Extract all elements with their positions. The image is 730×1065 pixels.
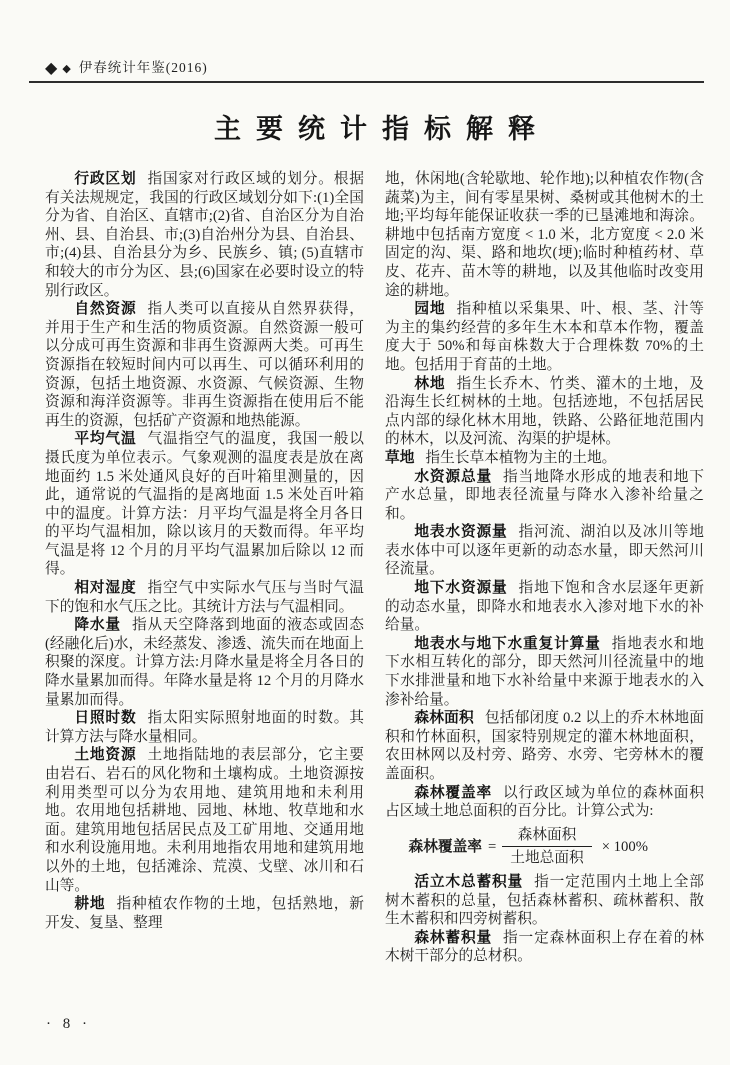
formula-denominator: 土地总面积 bbox=[502, 846, 591, 868]
diamond-icon: ◆ bbox=[62, 62, 70, 76]
entry-definition: 气温指空气的温度，我国一般以摄氏度为单位表示。气象观测的温度表是放在离地面约 1… bbox=[45, 431, 364, 577]
left-column: 行政区划指国家对行政区域的划分。根据有关法规规定，我国的行政区域划分如下:(1)… bbox=[45, 170, 364, 966]
two-column-body: 行政区划指国家对行政区域的划分。根据有关法规规定，我国的行政区域划分如下:(1)… bbox=[45, 170, 704, 966]
formula-multiplier: × 100% bbox=[602, 838, 648, 857]
entry-term: 草地 bbox=[385, 450, 414, 466]
entry-pingjunqiwen: 平均气温气温指空气的温度，我国一般以摄氏度为单位表示。气象观测的温度表是放在离地… bbox=[45, 430, 364, 579]
entry-senlinfugailv: 森林覆盖率以行政区域为单位的森林面积占区域土地总面积的百分比。计算公式为: bbox=[385, 784, 704, 821]
page-header: ◆ ◆ 伊春统计年鉴(2016) bbox=[29, 56, 704, 83]
entry-xingzhengquhua: 行政区划指国家对行政区域的划分。根据有关法规规定，我国的行政区域划分如下:(1)… bbox=[45, 170, 364, 300]
entry-term: 地下水资源量 bbox=[414, 580, 507, 596]
entry-term: 相对湿度 bbox=[74, 580, 136, 596]
entry-dibiaoshuiziyuanliang: 地表水资源量指河流、湖泊以及冰川等地表水体中可以逐年更新的动态水量，即天然河川径… bbox=[385, 523, 704, 579]
entry-chongfujisuanliang: 地表水与地下水重复计算量指地表水和地下水相互转化的部分，即天然河川径流量中的地下… bbox=[385, 635, 704, 709]
entry-term: 森林面积 bbox=[414, 710, 473, 726]
entry-gengdi: 耕地指种植农作物的土地，包括熟地，新开发、复垦、整理 bbox=[45, 895, 364, 932]
entry-definition: 指国家对行政区域的划分。根据有关法规规定，我国的行政区域划分如下:(1)全国分为… bbox=[45, 171, 364, 299]
entry-lindi: 林地指生长乔木、竹类、灌木的土地，及沿海生长红树林的土地。包括迹地，不包括居民点… bbox=[385, 375, 704, 449]
entry-term: 园地 bbox=[414, 301, 445, 317]
entry-caodi: 草地指生长草本植物为主的土地。 bbox=[385, 449, 704, 468]
entry-term: 行政区划 bbox=[74, 171, 136, 187]
page-number: · 8 · bbox=[46, 1016, 91, 1033]
formula-numerator: 森林面积 bbox=[502, 826, 591, 847]
entry-xiangduishidu: 相对湿度指空气中实际水气压与当时气温下的饱和水气压之比。其统计方法与气温相同。 bbox=[45, 579, 364, 616]
entry-dixiashuiziyuanliang: 地下水资源量指地下饱和含水层逐年更新的动态水量，即降水和地表水入渗对地下水的补给… bbox=[385, 579, 704, 635]
entry-definition: 指人类可以直接从自然界获得，并用于生产和生活的物质资源。自然资源一般可以分成可再… bbox=[45, 301, 364, 429]
entry-ziranziyuan: 自然资源指人类可以直接从自然界获得，并用于生产和生活的物质资源。自然资源一般可以… bbox=[45, 300, 364, 430]
formula-equals-sign: = bbox=[488, 838, 496, 857]
entry-yuandi: 园地指种植以采集果、叶、根、茎、汁等为主的集约经营的多年生木本和草本作物，覆盖度… bbox=[385, 300, 704, 374]
formula-fraction: 森林面积 土地总面积 bbox=[502, 826, 591, 868]
entry-huolimuzongxujiliang: 活立木总蓄积量指一定范围内土地上全部树木蓄积的总量，包括森林蓄积、疏林蓄积、散生… bbox=[385, 873, 704, 929]
entry-term: 森林覆盖率 bbox=[414, 785, 492, 801]
scanned-page: ◆ ◆ 伊春统计年鉴(2016) 主要统计指标解释 行政区划指国家对行政区域的划… bbox=[0, 0, 730, 966]
formula-lhs: 森林覆盖率 bbox=[409, 838, 482, 857]
entry-term: 森林蓄积量 bbox=[414, 930, 492, 946]
page-title: 主要统计指标解释 bbox=[45, 107, 704, 146]
entry-term: 土地资源 bbox=[74, 747, 136, 763]
entry-term: 平均气温 bbox=[74, 431, 136, 447]
entry-term: 林地 bbox=[414, 376, 445, 392]
entry-tudiziyuan: 土地资源土地指陆地的表层部分，它主要由岩石、岩石的风化物和土壤构成。土地资源按利… bbox=[45, 746, 364, 895]
entry-term: 降水量 bbox=[74, 617, 121, 633]
entry-term: 日照时数 bbox=[74, 710, 136, 726]
right-column: 地，休闲地(含轮歇地、轮作地);以种植农作物(含蔬菜)为主，间有零星果树、桑树或… bbox=[385, 170, 704, 966]
entry-term: 地表水与地下水重复计算量 bbox=[414, 636, 600, 652]
entry-term: 水资源总量 bbox=[414, 469, 492, 485]
forest-coverage-formula: 森林覆盖率 = 森林面积 土地总面积 × 100% bbox=[409, 826, 704, 868]
entry-rizhaoshishu: 日照时数指太阳实际照射地面的时数。其计算方法与降水量相同。 bbox=[45, 709, 364, 746]
entry-term: 地表水资源量 bbox=[414, 524, 507, 540]
entry-term: 自然资源 bbox=[74, 301, 136, 317]
entry-definition: 指生长草本植物为主的土地。 bbox=[425, 450, 616, 466]
diamond-icon: ◆ bbox=[45, 62, 57, 76]
entry-jiangshuiliang: 降水量指从天空降落到地面的液态或固态(经融化后)水，未经蒸发、渗透、流失而在地面… bbox=[45, 616, 364, 709]
entry-definition: 地，休闲地(含轮歇地、轮作地);以种植农作物(含蔬菜)为主，间有零星果树、桑树或… bbox=[385, 171, 704, 299]
entry-definition: 土地指陆地的表层部分，它主要由岩石、岩石的风化物和土壤构成。土地资源按利用类型可… bbox=[45, 747, 364, 893]
entry-term: 活立木总蓄积量 bbox=[414, 874, 523, 890]
entry-senlinxujiliang: 森林蓄积量指一定森林面积上存在着的林木树干部分的总材积。 bbox=[385, 929, 704, 966]
entry-gengdi-continuation: 地，休闲地(含轮歇地、轮作地);以种植农作物(含蔬菜)为主，间有零星果树、桑树或… bbox=[385, 170, 704, 300]
entry-shuiziyuanzongliang: 水资源总量指当地降水形成的地表和地下产水总量，即地表径流量与降水入渗补给量之和。 bbox=[385, 468, 704, 524]
entry-term: 耕地 bbox=[74, 896, 105, 912]
yearbook-title: 伊春统计年鉴(2016) bbox=[79, 56, 208, 76]
entry-senlinmianji: 森林面积包括郁闭度 0.2 以上的乔木林地面积和竹林面积，国家特别规定的灌木林地… bbox=[385, 709, 704, 783]
